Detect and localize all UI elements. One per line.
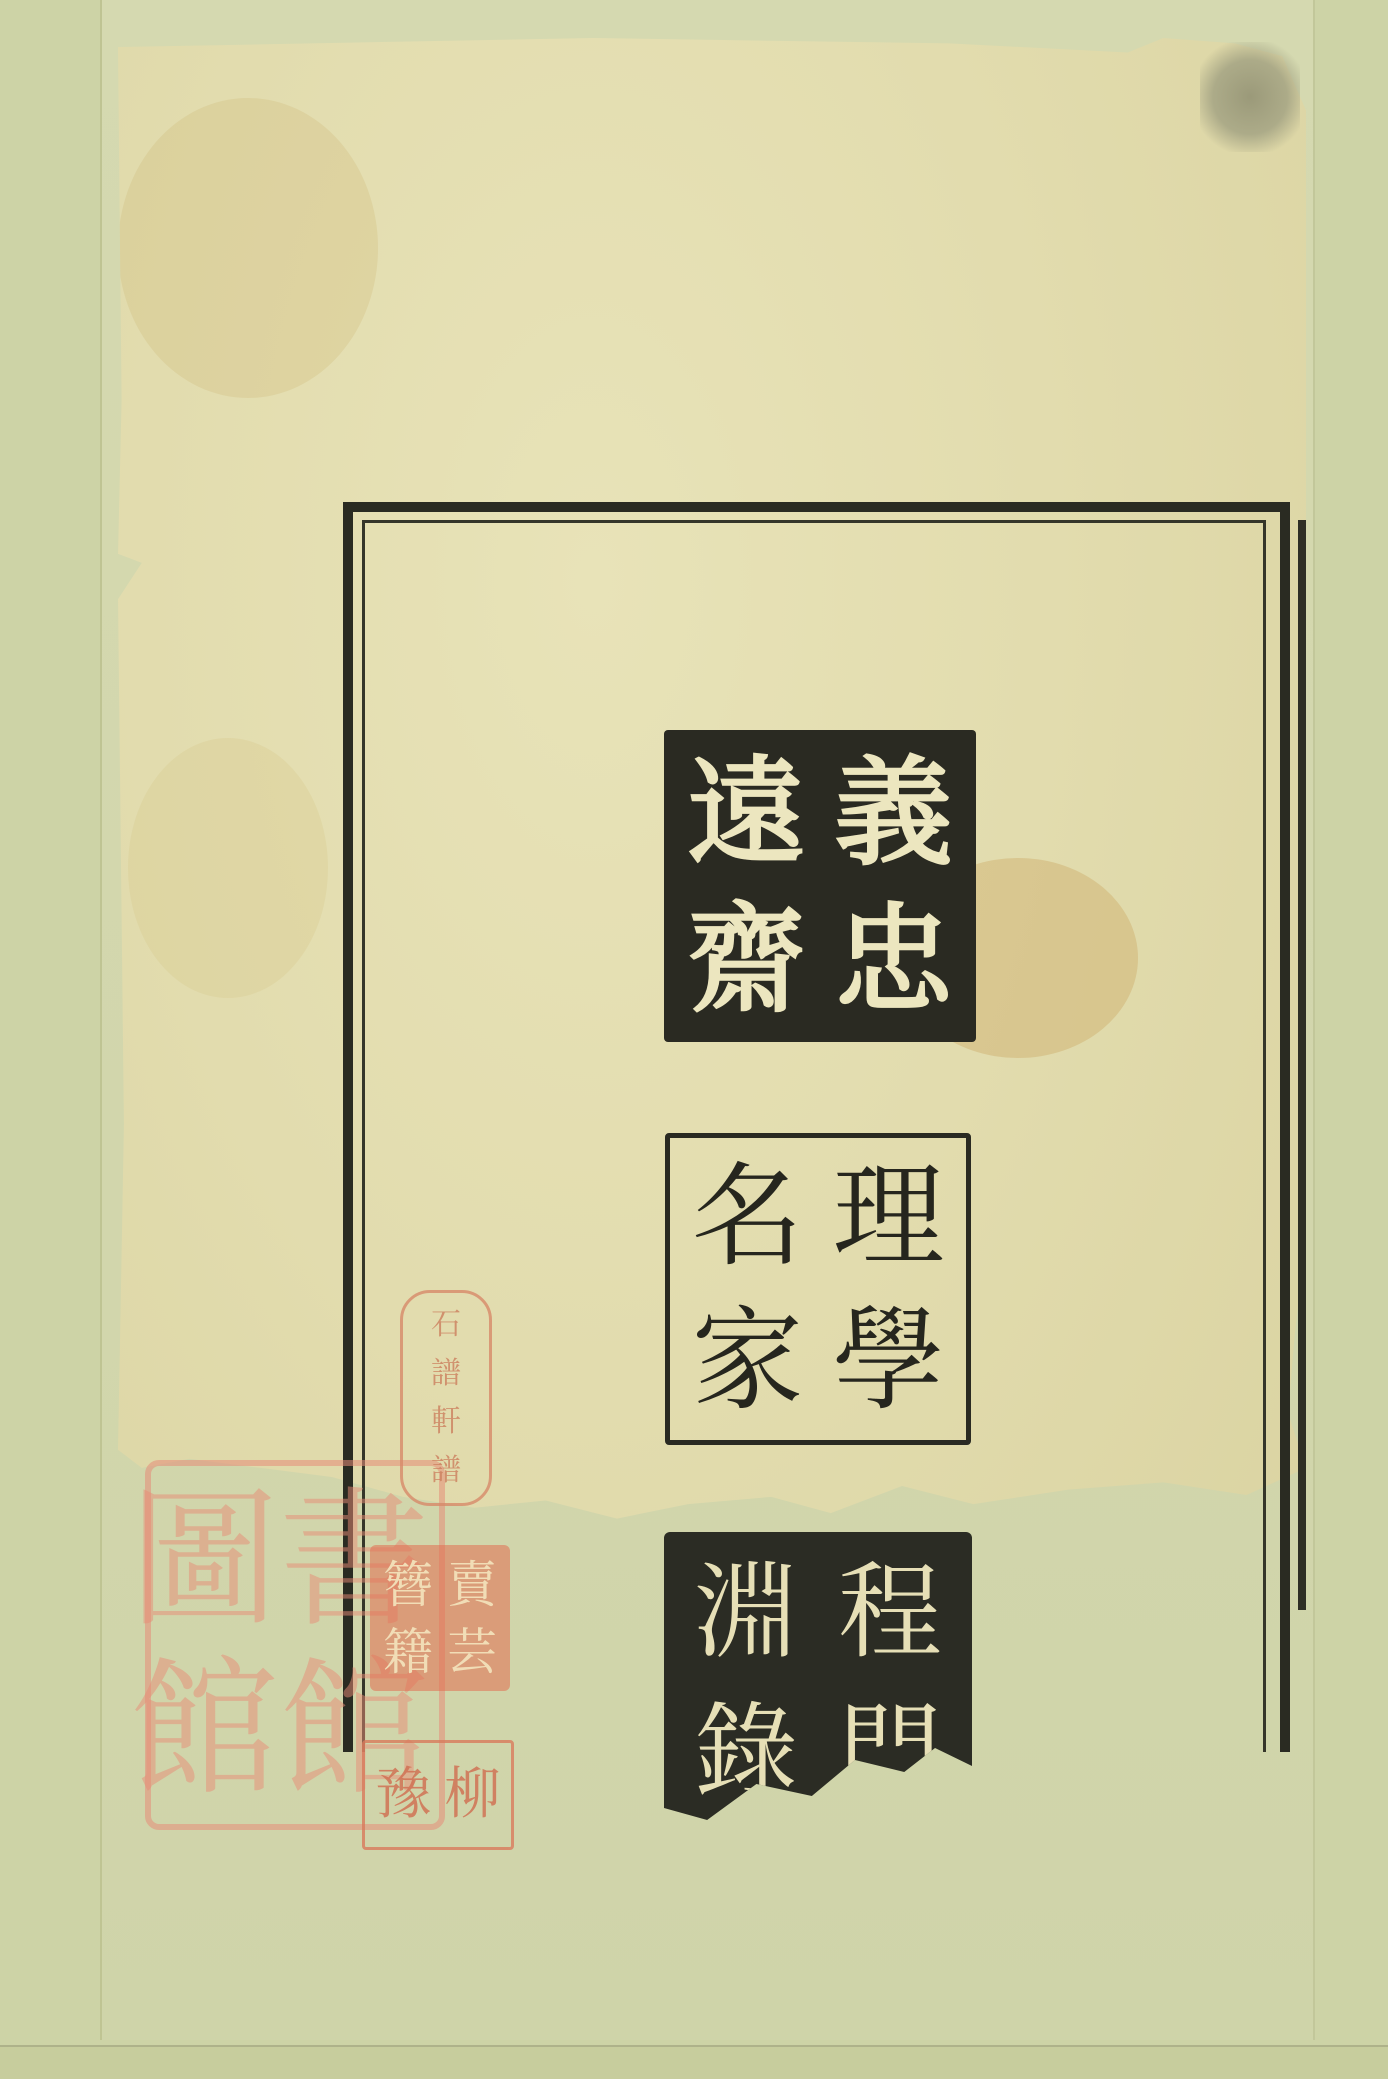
seal-char: 籍 bbox=[376, 1618, 440, 1685]
printed-seal-2: 理 學 名 家 bbox=[665, 1133, 971, 1445]
water-stain bbox=[118, 98, 378, 398]
seal-char: 忠 bbox=[823, 889, 964, 1030]
seal-char: 齋 bbox=[676, 889, 817, 1030]
backing-edge-right bbox=[1313, 0, 1315, 2040]
seal-char: 柳 bbox=[438, 1747, 507, 1843]
seal-char: 圖 bbox=[129, 1476, 279, 1645]
bottom-strip bbox=[0, 2045, 1388, 2079]
seal-char: 學 bbox=[821, 1292, 956, 1430]
torn-corner bbox=[1200, 42, 1300, 152]
seal-char: 淵 bbox=[676, 1544, 816, 1680]
seal-char: 譜 bbox=[431, 1359, 461, 1389]
seal-char: 石 bbox=[431, 1310, 461, 1340]
seal-char: 名 bbox=[680, 1148, 815, 1286]
seal-char: 芸 bbox=[440, 1618, 504, 1685]
seal-char: 館 bbox=[129, 1645, 279, 1814]
seal-char: 賣 bbox=[440, 1551, 504, 1618]
collector-seal-oval: 石 譜 軒 譜 bbox=[400, 1290, 492, 1506]
seal-char: 譜 bbox=[431, 1456, 461, 1486]
seal-char: 家 bbox=[680, 1292, 815, 1430]
backing-edge-left bbox=[100, 0, 102, 2040]
seal-char: 義 bbox=[823, 742, 964, 883]
collector-seal-lower: 柳 豫 bbox=[362, 1740, 514, 1850]
seal-char: 程 bbox=[820, 1544, 960, 1680]
seal-char: 遠 bbox=[676, 742, 817, 883]
printed-seal-1: 義 忠 遠 齋 bbox=[664, 730, 976, 1042]
seal-char: 簪 bbox=[376, 1551, 440, 1618]
water-stain bbox=[128, 738, 328, 998]
seal-char: 軒 bbox=[431, 1407, 461, 1437]
seal-char: 豫 bbox=[369, 1747, 438, 1843]
collector-seal-square: 賣 芸 簪 籍 bbox=[370, 1545, 510, 1691]
seal-char: 理 bbox=[821, 1148, 956, 1286]
frame-right-rule bbox=[1298, 520, 1306, 1610]
